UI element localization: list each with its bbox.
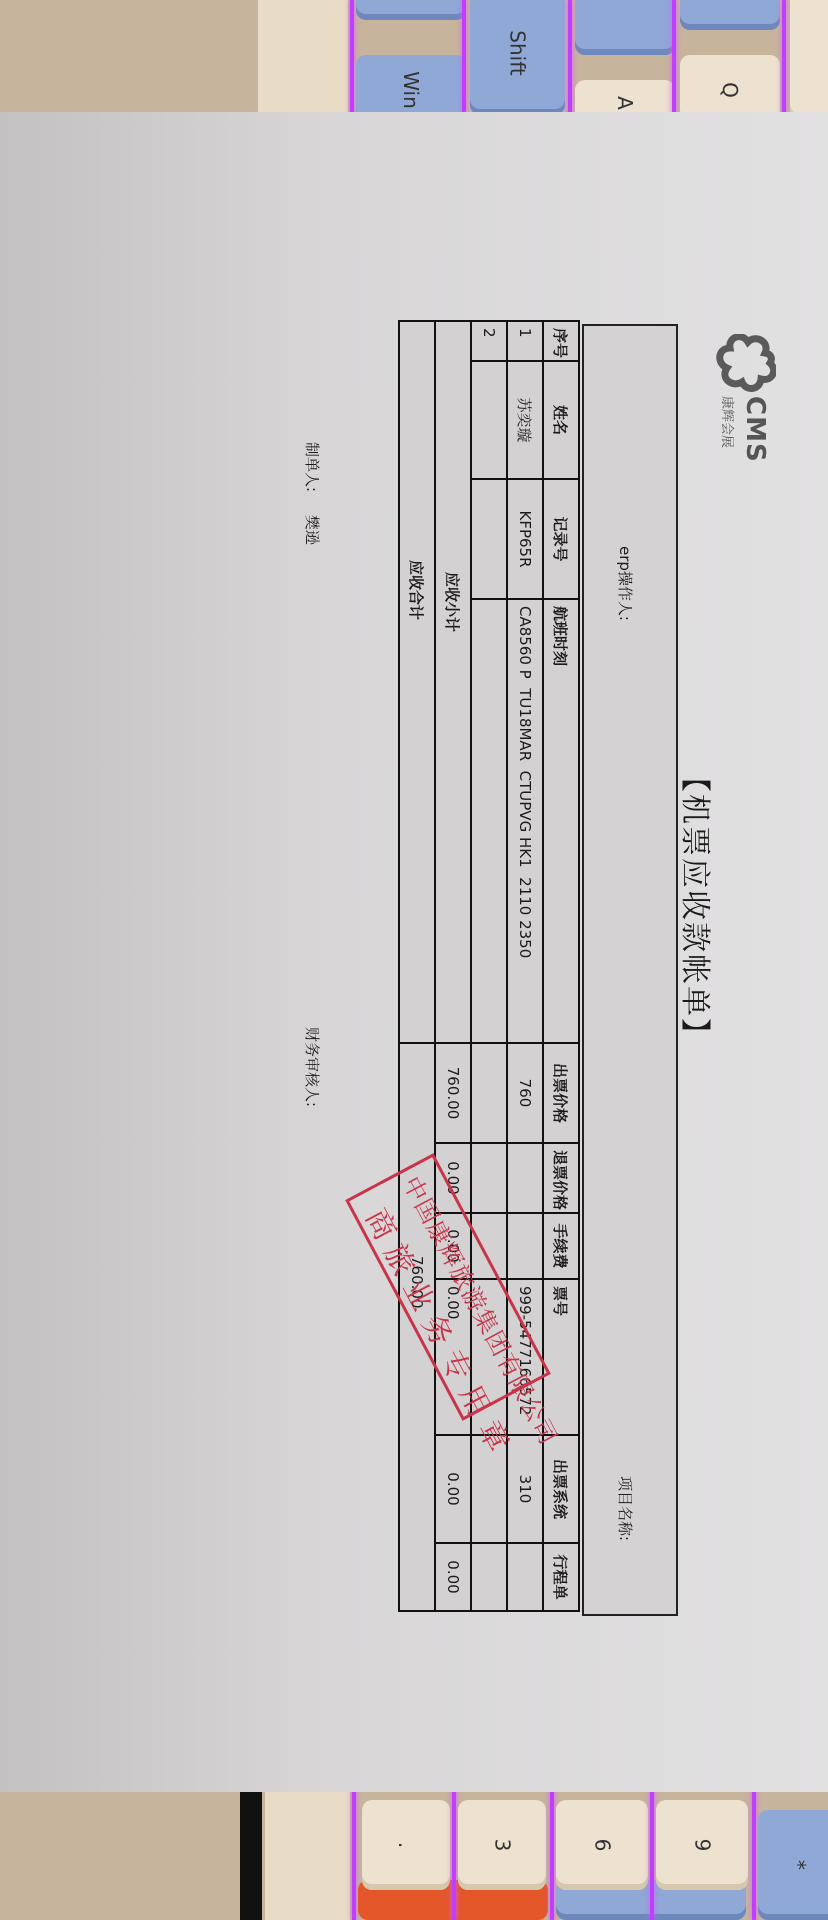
subtotal-itinerary: 0.00 bbox=[435, 1543, 471, 1611]
keycap-q: Q bbox=[680, 55, 780, 120]
cell-itinerary bbox=[507, 1543, 543, 1611]
header-name: 姓名 bbox=[543, 361, 579, 479]
receivable-statement: CMS 康辉会展 【机票应收款帐单】 erp操作人: 项目名称: 序号 姓名 记… bbox=[0, 112, 828, 1792]
header-refund-price: 退票价格 bbox=[543, 1143, 579, 1213]
cell-itinerary bbox=[471, 1543, 507, 1611]
keyboard-glow bbox=[352, 1780, 356, 1920]
header-fee: 手续费 bbox=[543, 1213, 579, 1279]
keyboard-glow bbox=[650, 1780, 654, 1920]
keycap-6: 6 bbox=[556, 1800, 648, 1890]
header-record: 记录号 bbox=[543, 479, 579, 599]
project-name-label: 项目名称: bbox=[615, 1476, 636, 1541]
keycap bbox=[680, 0, 780, 30]
desk-frame bbox=[265, 1780, 350, 1920]
desk-frame bbox=[258, 0, 348, 120]
keycap-win: Win bbox=[356, 55, 466, 120]
cell-no: 1 bbox=[507, 321, 543, 361]
keycap-shift: Shift bbox=[470, 0, 565, 115]
keycap bbox=[575, 0, 675, 55]
cell-flight: CA8560 P TU18MAR CTUPVG HK1 2110 2350 bbox=[507, 599, 543, 1043]
cell-fee bbox=[507, 1213, 543, 1279]
cell-name bbox=[471, 361, 507, 479]
keycap-3: 3 bbox=[458, 1800, 546, 1890]
company-logo: CMS 康辉会展 bbox=[704, 334, 776, 474]
maker-name: 樊逊 bbox=[303, 515, 321, 545]
background-top: Win Shift A Q bbox=[0, 0, 828, 120]
background-bottom: . 3 6 9 * bbox=[0, 1780, 828, 1920]
total-label: 应收合计 bbox=[399, 321, 435, 1043]
keyboard-glow bbox=[752, 1780, 756, 1920]
header-issue-price: 出票价格 bbox=[543, 1043, 579, 1143]
keyboard-glow bbox=[568, 0, 572, 120]
keyboard-glow bbox=[550, 1780, 554, 1920]
maker-signature: 制单人: 樊逊 bbox=[302, 442, 323, 545]
cell-no: 2 bbox=[471, 321, 507, 361]
cell-refund-price bbox=[471, 1143, 507, 1213]
total-row: 应收合计 760.00 bbox=[399, 321, 435, 1611]
keycap-9: 9 bbox=[656, 1800, 748, 1890]
logo-subtext: 康辉会展 bbox=[719, 396, 738, 448]
keyboard-glow bbox=[462, 0, 466, 120]
keyboard-glow bbox=[672, 0, 676, 120]
keycap bbox=[790, 0, 828, 120]
subtotal-system: 0.00 bbox=[435, 1435, 471, 1543]
header-flight: 航班时刻 bbox=[543, 599, 579, 1043]
keycap-asterisk: * bbox=[758, 1810, 828, 1920]
cell-name: 苏奕璇 bbox=[507, 361, 543, 479]
cable bbox=[240, 1780, 262, 1920]
cell-refund-price bbox=[507, 1143, 543, 1213]
subtotal-label: 应收小计 bbox=[435, 321, 471, 1043]
maker-label: 制单人: bbox=[303, 442, 321, 492]
header-no: 序号 bbox=[543, 321, 579, 361]
cell-issue-price: 760 bbox=[507, 1043, 543, 1143]
header-itinerary: 行程单 bbox=[543, 1543, 579, 1611]
cell-record: KFP65R bbox=[507, 479, 543, 599]
header-system: 出票系统 bbox=[543, 1435, 579, 1543]
keyboard-glow bbox=[782, 0, 786, 120]
keycap-dot: . bbox=[362, 1800, 450, 1890]
keyboard-glow bbox=[350, 0, 354, 120]
paper-document: CMS 康辉会展 【机票应收款帐单】 erp操作人: 项目名称: 序号 姓名 记… bbox=[0, 112, 828, 1792]
cell-issue-price bbox=[471, 1043, 507, 1143]
cell-record bbox=[471, 479, 507, 599]
info-box: erp操作人: 项目名称: bbox=[582, 324, 678, 1616]
cell-flight bbox=[471, 599, 507, 1043]
subtotal-issue-price: 760.00 bbox=[435, 1043, 471, 1143]
logo-text: CMS bbox=[740, 396, 770, 463]
flower-logo-icon bbox=[714, 334, 776, 392]
document-title: 【机票应收款帐单】 bbox=[676, 762, 720, 1050]
auditor-signature: 财务审核人: bbox=[302, 1027, 323, 1107]
keyboard-glow bbox=[452, 1780, 456, 1920]
keycap bbox=[356, 0, 466, 20]
erp-operator-label: erp操作人: bbox=[615, 546, 636, 621]
